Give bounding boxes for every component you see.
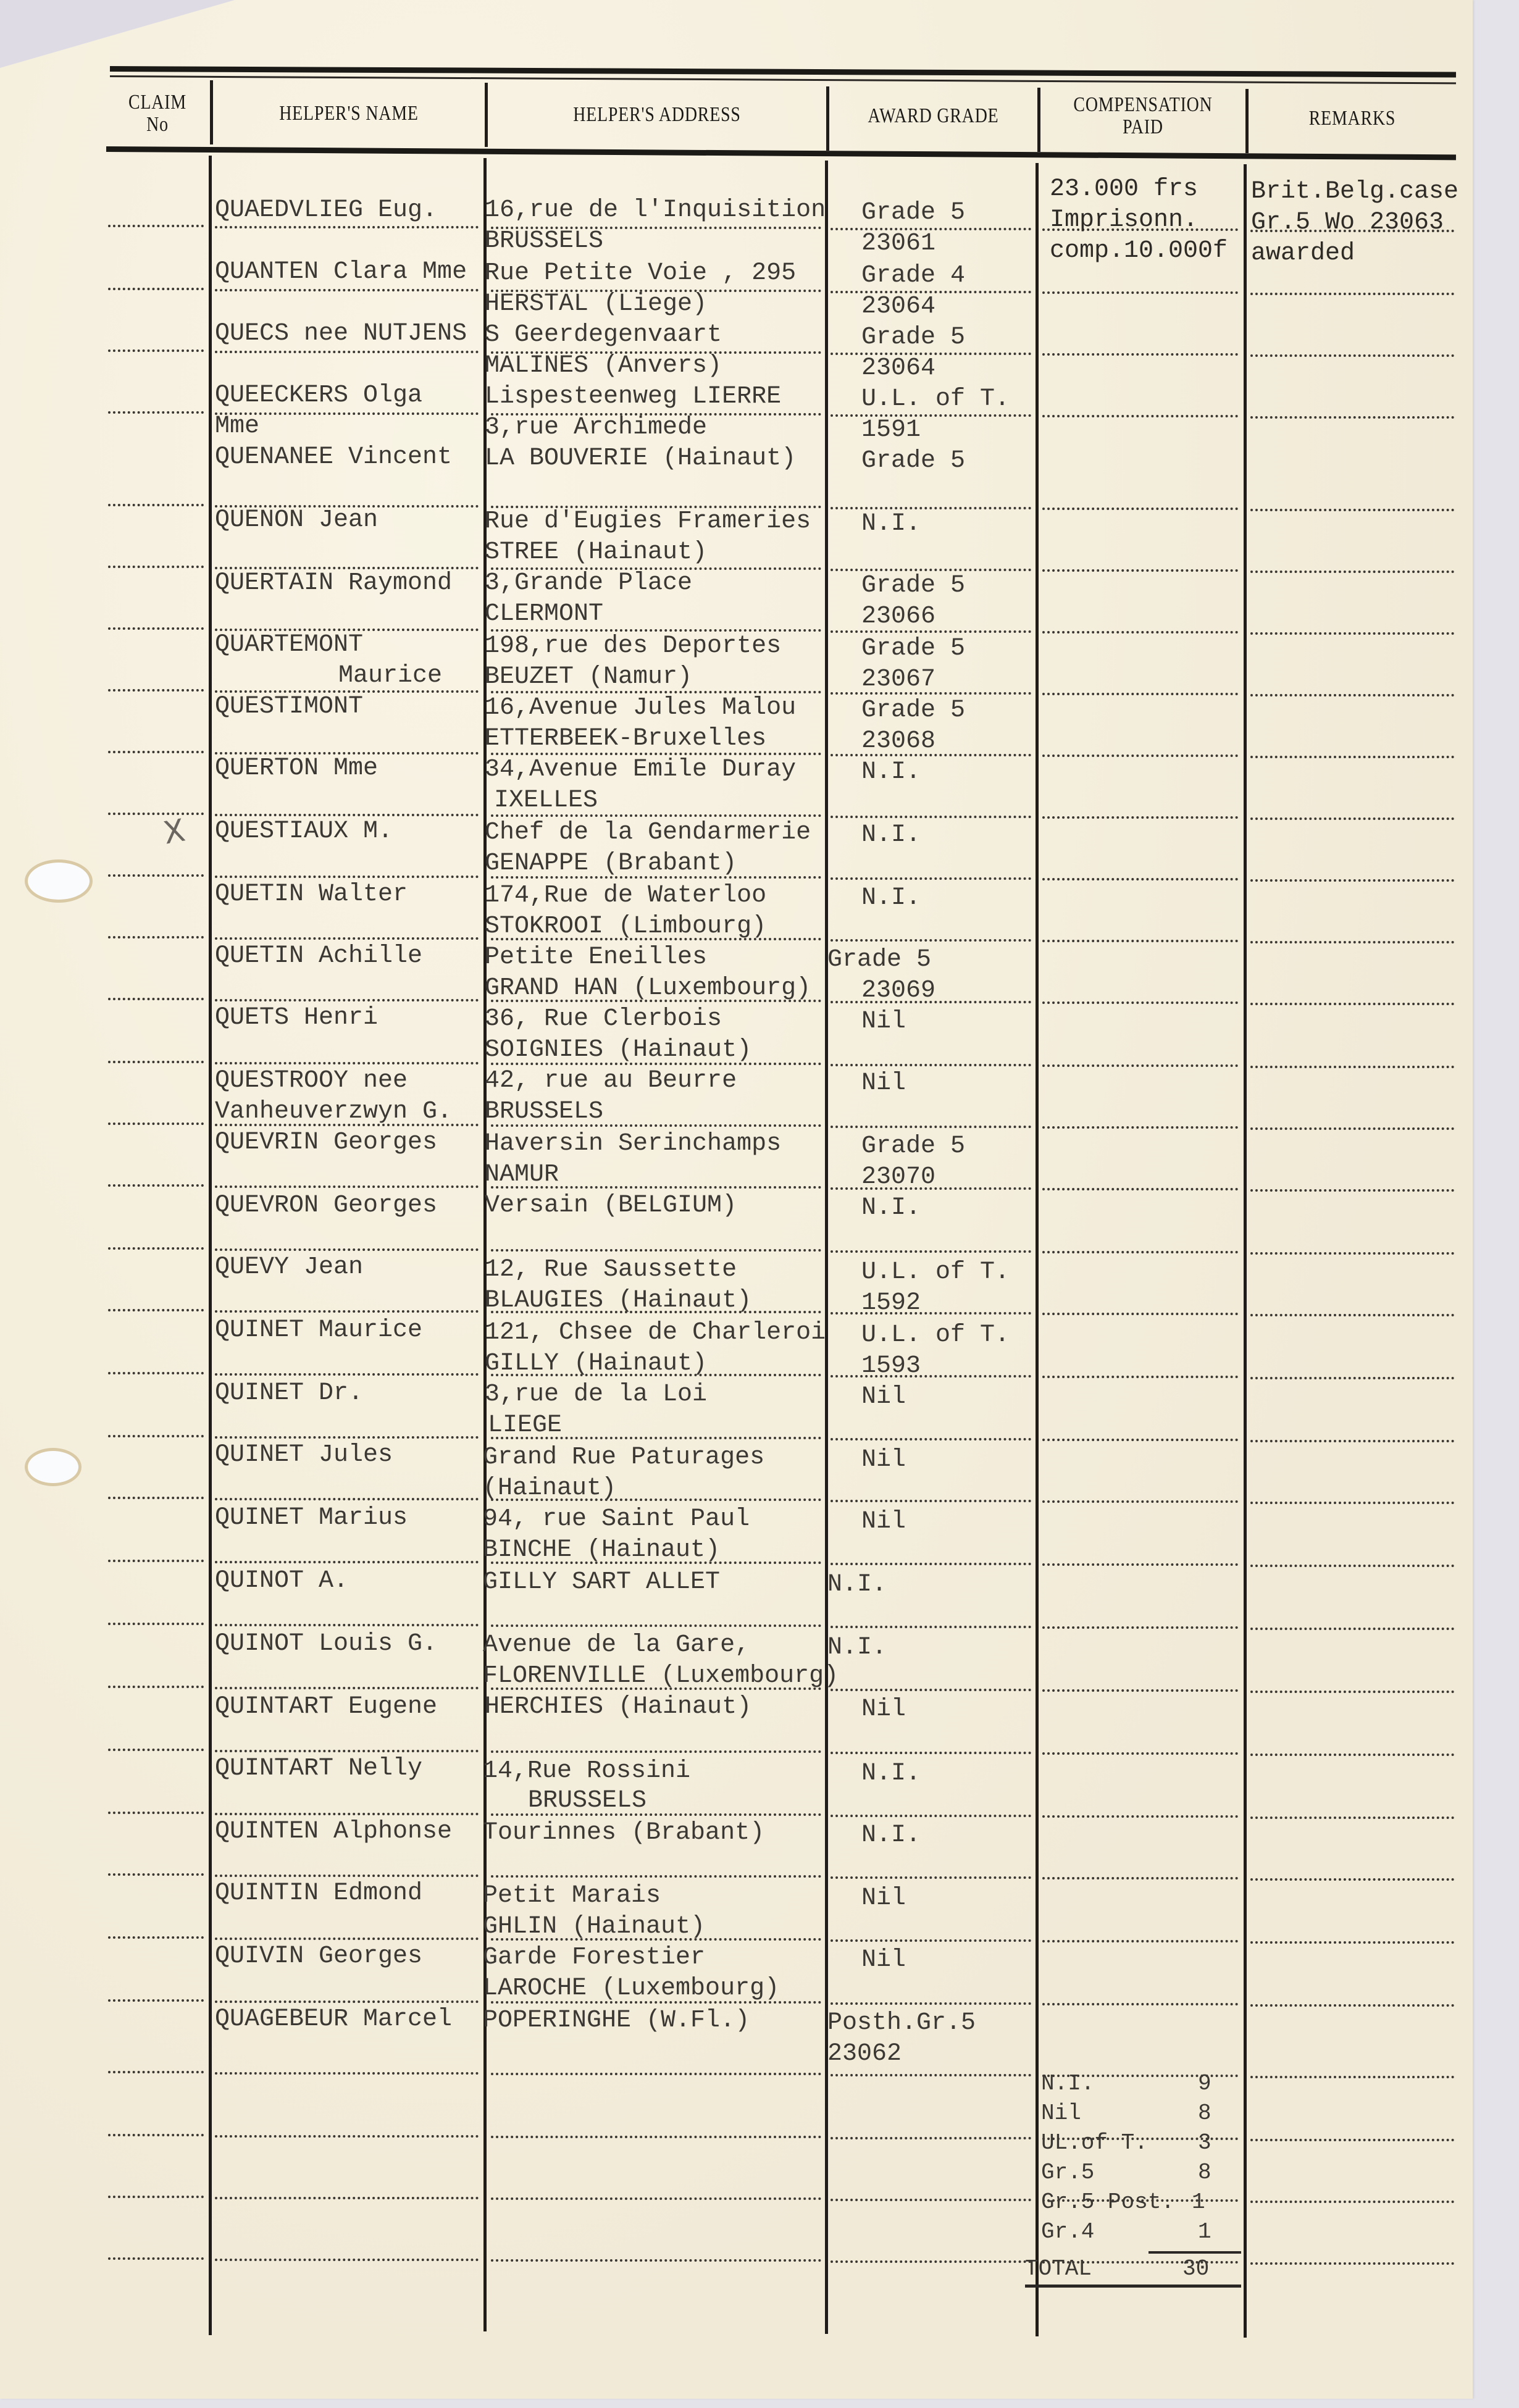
compensation-label: COMPENSATION — [1059, 94, 1227, 116]
row-rule — [108, 751, 204, 753]
row-rule — [1042, 1376, 1238, 1378]
row-rule — [831, 1312, 1031, 1315]
torn-corner — [0, 0, 235, 68]
remarks-line-3: awarded — [1251, 240, 1355, 268]
row-rule — [831, 1689, 1031, 1691]
row-rule — [1250, 1502, 1454, 1504]
compensation-line-3: comp.10.000f — [1050, 237, 1228, 265]
entry-addr2-text: (Hainaut) — [483, 1474, 616, 1503]
row-rule — [1250, 1565, 1454, 1567]
row-rule — [831, 414, 1031, 417]
row-rule — [831, 1500, 1031, 1502]
row-rule — [491, 1875, 821, 1878]
grand-total-value: 30 — [1182, 2255, 1209, 2283]
row-rule — [1042, 1689, 1238, 1692]
row-rule — [1250, 1816, 1454, 1819]
entry-grade-text: Grade 5 — [861, 324, 965, 352]
total-label-ni: N.I. — [1041, 2070, 1094, 2098]
entry-name-text: QUETIN Achille — [215, 942, 422, 971]
header-divider-5 — [1245, 89, 1249, 153]
row-rule — [491, 2259, 821, 2262]
col-header-compensation-paid: COMPENSATION PAID — [1059, 94, 1227, 138]
entry-grade-text: 23064 — [861, 354, 935, 383]
entry-grade-text: 23068 — [861, 727, 935, 756]
entry-addr-text: BRUSSELS — [485, 1098, 603, 1126]
row-rule — [108, 1247, 204, 1250]
total-double-rule — [1025, 2285, 1241, 2288]
entry-grade-text: N.I. — [827, 1571, 887, 1599]
row-rule — [1042, 353, 1238, 356]
row-rule — [1042, 755, 1238, 757]
entry-grade-text: Grade 5 — [861, 1132, 965, 1161]
entry-grade-text: 23066 — [861, 603, 935, 631]
row-rule — [1250, 1941, 1454, 1944]
row-rule — [108, 349, 204, 352]
row-rule — [1250, 1314, 1454, 1316]
row-rule — [831, 1126, 1031, 1128]
row-rule — [1250, 1691, 1454, 1693]
row-rule — [108, 1749, 204, 1751]
column-line-2 — [483, 158, 487, 2331]
row-rule — [108, 1999, 204, 2002]
subtotal-rule — [1149, 2251, 1241, 2254]
header-divider-1 — [210, 80, 213, 144]
header-divider-2 — [485, 83, 488, 147]
row-rule — [831, 1752, 1031, 1754]
entry-addr-text: 16,Avenue Jules Malou — [485, 694, 796, 722]
entry-grade-text: N.I. — [861, 1821, 921, 1850]
entry-grade-text: 1592 — [861, 1289, 921, 1318]
entry-grade-text: Grade 5 — [861, 696, 965, 725]
row-rule — [215, 1436, 479, 1439]
entry-name-text: QUINTIN Edmond — [215, 1879, 422, 1908]
row-rule — [108, 1936, 204, 1939]
row-rule — [1042, 1251, 1238, 1253]
total-label-nil: Nil — [1041, 2099, 1081, 2128]
entry-grade-text: U.L. of T. — [861, 1321, 1010, 1350]
col-header-helper-name: HELPER'S NAME — [238, 102, 461, 125]
entry-addr-text: GENAPPE (Brabant) — [485, 850, 737, 878]
paid-label: PAID — [1059, 116, 1227, 138]
row-rule — [1250, 817, 1454, 820]
entry-addr-text: 3,rue Archimede — [485, 414, 707, 442]
entry-grade-text: N.I. — [861, 510, 921, 538]
entry-addr-text: HERSTAL (Liege) — [485, 290, 707, 319]
row-rule — [108, 411, 204, 414]
entry-addr-text: GILLY (Hainaut) — [485, 1350, 707, 1378]
entry-addr-text: Haversin Serinchamps — [485, 1130, 781, 1158]
row-rule — [215, 1624, 479, 1626]
entry-addr-text: MALINES (Anvers) — [485, 352, 722, 380]
row-rule — [108, 1122, 204, 1125]
row-rule — [1042, 1313, 1238, 1315]
row-rule — [1042, 1877, 1238, 1879]
total-label-gr5: Gr.5 — [1041, 2159, 1094, 2187]
entry-addr-text: BRUSSELS — [485, 227, 603, 256]
row-rule — [831, 816, 1031, 818]
row-rule — [1250, 1754, 1454, 1756]
row-rule — [1042, 1940, 1238, 1942]
row-rule — [1042, 291, 1238, 294]
remarks-line-2: Gr.5 Wo 23063 — [1251, 209, 1444, 237]
entry-grade-text: Nil — [861, 1008, 906, 1036]
row-rule — [215, 1813, 479, 1815]
row-rule — [108, 1497, 204, 1499]
row-rule — [1250, 1066, 1454, 1068]
row-rule — [108, 288, 204, 290]
entry-grade-text: Grade 5 — [861, 635, 965, 663]
row-rule — [1250, 1878, 1454, 1881]
entry-grade-text: Nil — [861, 1884, 906, 1913]
entry-grade-text: U.L. of T. — [861, 385, 1010, 414]
row-rule — [1250, 2139, 1454, 2141]
row-rule — [215, 1062, 479, 1064]
row-rule — [491, 1624, 821, 1627]
entry-name-text: QUEVRON Georges — [215, 1192, 437, 1220]
row-rule — [108, 1435, 204, 1437]
entry-name-text: QUAEDVLIEG Eug. — [215, 196, 437, 225]
row-rule — [215, 1750, 479, 1752]
entry-addr2-text: GILLY SART ALLET — [483, 1568, 720, 1597]
entry-name-text: QUESTIMONT — [215, 693, 363, 721]
entry-name-text: Vanheuverzwyn G. — [215, 1098, 452, 1126]
row-rule — [831, 2137, 1031, 2139]
row-rule — [108, 1686, 204, 1688]
row-rule — [831, 2074, 1031, 2076]
row-rule — [831, 1626, 1031, 1628]
entry-name-text: QUINTART Eugene — [215, 1693, 437, 1721]
row-rule — [215, 1248, 479, 1251]
row-rule — [215, 752, 479, 755]
row-rule — [1250, 2076, 1454, 2078]
entry-name2-text: Maurice — [338, 662, 442, 690]
entry-name-text: QUINET Marius — [215, 1504, 408, 1532]
entry-addr-text: 3,Grande Place — [485, 569, 692, 598]
entry-addr-text: S Geerdegenvaart — [485, 321, 722, 349]
row-rule — [108, 627, 204, 630]
row-rule — [831, 1250, 1031, 1253]
total-label-ul-of-t: UL.of T. — [1041, 2129, 1148, 2157]
row-rule — [831, 1375, 1031, 1377]
row-rule — [1250, 509, 1454, 511]
entry-grade-text: 23062 — [827, 2040, 902, 2068]
row-rule — [831, 1939, 1031, 1942]
entry-addr-text: 198,rue des Deportes — [485, 632, 781, 661]
entry-addr-text: 174,Rue de Waterloo — [485, 882, 766, 910]
compensation-line-1: 23.000 frs — [1050, 175, 1198, 204]
row-rule — [831, 1563, 1031, 1565]
row-rule — [215, 1498, 479, 1500]
entry-addr-text: LIEGE — [488, 1411, 562, 1440]
row-rule — [215, 629, 479, 631]
row-rule — [831, 1876, 1031, 1879]
row-rule — [215, 1875, 479, 1877]
row-rule — [1042, 940, 1238, 942]
row-rule — [215, 814, 479, 816]
row-rule — [1042, 693, 1238, 695]
entry-grade-text: 23067 — [861, 666, 935, 694]
entry-addr-text: LA BOUVERIE (Hainaut) — [485, 445, 796, 473]
entry-grade-text: 23061 — [861, 230, 935, 258]
entry-name-text: QUARTEMONT — [215, 631, 363, 659]
row-rule — [108, 1309, 204, 1311]
row-rule — [831, 877, 1031, 880]
row-rule — [215, 2259, 479, 2261]
row-rule — [108, 874, 204, 877]
row-rule — [1250, 293, 1454, 295]
row-rule — [1042, 2003, 1238, 2005]
row-rule — [108, 1812, 204, 1814]
entry-addr-text: Versain (BELGIUM) — [485, 1192, 737, 1220]
row-rule — [1250, 1628, 1454, 1630]
row-rule — [831, 2260, 1031, 2263]
row-rule — [1042, 1563, 1238, 1566]
row-rule — [491, 1750, 821, 1753]
row-rule — [1250, 1377, 1454, 1379]
row-rule — [1042, 1439, 1238, 1441]
row-rule — [215, 226, 479, 228]
row-rule — [215, 1310, 479, 1313]
row-rule — [1250, 941, 1454, 943]
row-rule — [1042, 1001, 1238, 1004]
entry-addr-text: 42, rue au Beurre — [485, 1067, 737, 1095]
entry-name-text: QUINTART Nelly — [215, 1755, 422, 1783]
col-header-claim-no: CLAIM No — [120, 91, 196, 136]
entry-addr-text: Lispesteenweg LIERRE — [485, 383, 781, 411]
entry-name-text: QUERTAIN Raymond — [215, 569, 452, 598]
entry-addr2-text: POPERINGHE (W.Fl.) — [483, 2007, 750, 2035]
row-rule — [1042, 1064, 1238, 1067]
entry-addr2-text: LAROCHE (Luxembourg) — [483, 1975, 779, 2003]
entry-name-text: Mme — [215, 412, 259, 441]
entry-grade-text: Grade 5 — [861, 572, 965, 600]
entry-addr-text: 36, Rue Clerbois — [485, 1005, 722, 1034]
total-value-ul-of-t: 3 — [1198, 2129, 1211, 2157]
entry-addr-text: SOIGNIES (Hainaut) — [485, 1036, 751, 1064]
entry-name-text: QUEVRIN Georges — [215, 1129, 437, 1157]
entry-addr2-text: 94, rue Saint Paul — [483, 1505, 750, 1534]
row-rule — [1042, 878, 1238, 880]
row-rule — [831, 507, 1031, 509]
entry-addr-text: STREE (Hainaut) — [485, 538, 707, 567]
row-rule — [1042, 816, 1238, 819]
entry-grade-text: Grade 4 — [861, 262, 965, 290]
entry-name-text: QUINET Dr. — [215, 1379, 363, 1408]
row-rule — [108, 1873, 204, 1876]
entry-name-text: QUETIN Walter — [215, 880, 408, 909]
header-divider-3 — [826, 86, 829, 151]
entry-addr-text: STOKROOI (Limbourg) — [485, 913, 766, 941]
row-rule — [108, 1184, 204, 1187]
entry-grade-text: Nil — [861, 1508, 906, 1536]
row-rule — [491, 2197, 821, 2200]
entry-name-text: QUEECKERS Olga — [215, 382, 422, 410]
row-rule — [108, 1560, 204, 1562]
row-rule — [1042, 631, 1238, 633]
entry-name-text: QUETS Henri — [215, 1004, 378, 1032]
entry-addr2-text: GHLIN (Hainaut) — [483, 1913, 705, 1941]
total-value-nil: 8 — [1198, 2099, 1211, 2128]
entry-addr-text: Rue Petite Voie , 295 — [485, 259, 796, 288]
row-rule — [215, 999, 479, 1001]
row-rule — [108, 1372, 204, 1374]
row-rule — [831, 569, 1031, 571]
entry-grade-text: N.I. — [861, 821, 921, 850]
row-rule — [831, 1815, 1031, 1817]
entry-name-text: QUERTON Mme — [215, 755, 378, 783]
entry-grade-text: 1593 — [861, 1352, 921, 1381]
total-label-gr5-post: Gr.5 Post. — [1041, 2188, 1174, 2217]
compensation-line-2: Imprisonn. — [1050, 206, 1198, 235]
row-rule — [1042, 415, 1238, 417]
row-rule — [215, 567, 479, 569]
entry-addr-text: 121, Chsee de Charleroi — [485, 1319, 826, 1347]
row-rule — [215, 2072, 479, 2075]
row-rule — [1250, 416, 1454, 419]
entry-name-text: QUESTIAUX M. — [215, 817, 393, 846]
col-header-helper-address: HELPER'S ADDRESS — [518, 104, 795, 126]
row-rule — [831, 939, 1031, 942]
entry-name-text: QUECS nee NUTJENS — [215, 320, 467, 348]
entry-grade-text: Nil — [861, 1446, 906, 1474]
row-rule — [1250, 1252, 1454, 1255]
row-rule — [108, 2257, 204, 2260]
row-rule — [1042, 569, 1238, 572]
row-rule — [1042, 1752, 1238, 1755]
column-line-4 — [1036, 163, 1039, 2336]
row-rule — [1042, 1188, 1238, 1190]
entry-name-text: QUINET Maurice — [215, 1316, 422, 1345]
row-rule — [1042, 1126, 1238, 1129]
entry-grade-text: N.I. — [861, 1194, 921, 1223]
entry-name-text: QUIVIN Georges — [215, 1942, 422, 1971]
entry-addr-text: 16,rue de l'Inquisition — [485, 196, 826, 225]
row-rule — [108, 2196, 204, 2198]
entry-name-text: QUENON Jean — [215, 506, 378, 535]
row-rule — [215, 351, 479, 353]
entry-name-text: QUINOT A. — [215, 1567, 348, 1595]
entry-addr2-text: BINCHE (Hainaut) — [483, 1536, 720, 1565]
entry-addr2-text: Grand Rue Paturages — [483, 1444, 764, 1472]
entry-grade-text: N.I. — [827, 1634, 887, 1662]
entry-addr-text: 3,rue de la Loi — [485, 1381, 707, 1409]
total-value-ni: 9 — [1198, 2070, 1211, 2098]
entry-addr-text: CLERMONT — [485, 600, 603, 629]
row-rule — [831, 1064, 1031, 1066]
entry-name-text: QUENANEE Vincent — [215, 443, 452, 472]
entry-addr2-text: Avenue de la Gare, — [483, 1631, 750, 1660]
row-rule — [215, 1373, 479, 1376]
header-divider-4 — [1037, 88, 1040, 152]
row-rule — [1250, 354, 1454, 357]
row-rule — [215, 1185, 479, 1188]
entry-addr-text: HERCHIES (Hainaut) — [485, 1693, 751, 1721]
row-rule — [108, 504, 204, 506]
row-rule — [108, 813, 204, 815]
entry-grade-text: U.L. of T. — [861, 1258, 1010, 1287]
entry-name-text: QUEVY Jean — [215, 1253, 363, 1282]
entry-grade-text: N.I. — [861, 1760, 921, 1788]
row-rule — [108, 225, 204, 227]
row-rule — [1250, 2201, 1454, 2203]
entry-grade-text: 23069 — [861, 977, 935, 1005]
entry-addr-text: BRUSSELS — [528, 1787, 647, 1815]
entry-addr2-text: Garde Forestier — [483, 1944, 705, 1972]
entry-grade-text: Nil — [861, 1069, 906, 1098]
entry-grade-text: 23064 — [861, 293, 935, 321]
row-rule — [215, 2135, 479, 2138]
entry-addr2-text: Petit Marais — [483, 1882, 661, 1910]
row-rule — [1250, 1440, 1454, 1442]
margin-check-mark: X — [161, 812, 188, 851]
entry-grade-text: Posth.Gr.5 — [827, 2009, 976, 2038]
total-label-gr4: Gr.4 — [1041, 2218, 1094, 2246]
entry-grade-text: Grade 5 — [827, 946, 931, 974]
row-rule — [108, 566, 204, 568]
row-rule — [215, 690, 479, 693]
col-header-remarks: REMARKS — [1267, 107, 1437, 130]
punch-hole-lower — [25, 1448, 82, 1486]
entry-name-text: QUINTEN Alphonse — [215, 1818, 452, 1846]
total-value-gr5: 8 — [1198, 2159, 1211, 2187]
total-value-gr5-post: 1 — [1192, 2188, 1205, 2217]
row-rule — [491, 2073, 821, 2075]
entry-name-text: QUAGEBEUR Marcel — [215, 2005, 452, 2034]
row-rule — [108, 2134, 204, 2136]
entry-grade-text: 1591 — [861, 416, 921, 445]
entry-grade-text: Nil — [861, 1695, 906, 1724]
row-rule — [1250, 2004, 1454, 2007]
entry-grade-text: Nil — [861, 1946, 906, 1975]
entry-grade-text: Nil — [861, 1383, 906, 1411]
entry-addr2-text: FLORENVILLE (Luxembourg) — [483, 1662, 839, 1691]
grand-total-label: TOTAL — [1025, 2255, 1092, 2283]
header-bottom-rule — [106, 146, 1456, 160]
row-rule — [1250, 694, 1454, 696]
row-rule — [1042, 1500, 1238, 1503]
row-rule — [831, 2199, 1031, 2201]
entry-addr-text: IXELLES — [494, 787, 598, 815]
row-rule — [491, 1249, 821, 1252]
row-rule — [1042, 1626, 1238, 1629]
entry-addr-text: Rue d'Eugies Frameries — [485, 508, 811, 536]
entry-addr-text: NAMUR — [485, 1161, 559, 1189]
entry-addr-text: 34,Avenue Emile Duray — [485, 756, 796, 784]
row-rule — [108, 689, 204, 692]
row-rule — [831, 2002, 1031, 2005]
entry-grade-text: N.I. — [861, 758, 921, 787]
entry-addr-text: BEUZET (Namur) — [485, 663, 692, 692]
row-rule — [1250, 756, 1454, 758]
claim-label: CLAIM — [120, 91, 196, 114]
row-rule — [831, 1438, 1031, 1440]
col-header-award-grade: AWARD GRADE — [848, 105, 1018, 127]
row-rule — [108, 936, 204, 939]
no-label: No — [120, 114, 196, 136]
row-rule — [1250, 2262, 1454, 2265]
row-rule — [215, 937, 479, 940]
column-line-1 — [209, 156, 212, 2335]
entry-addr-text: ETTERBEEK-Bruxelles — [485, 725, 766, 753]
entry-addr-text: 12, Rue Saussette — [485, 1256, 737, 1284]
row-rule — [1042, 508, 1238, 510]
row-rule — [1042, 1815, 1238, 1818]
document-page: CLAIM No HELPER'S NAME HELPER'S ADDRESS … — [0, 0, 1473, 2399]
entry-addr-text: GRAND HAN (Luxembourg) — [485, 974, 811, 1003]
row-rule — [108, 998, 204, 1000]
entry-grade-text: Grade 5 — [861, 447, 965, 475]
row-rule — [108, 2071, 204, 2073]
